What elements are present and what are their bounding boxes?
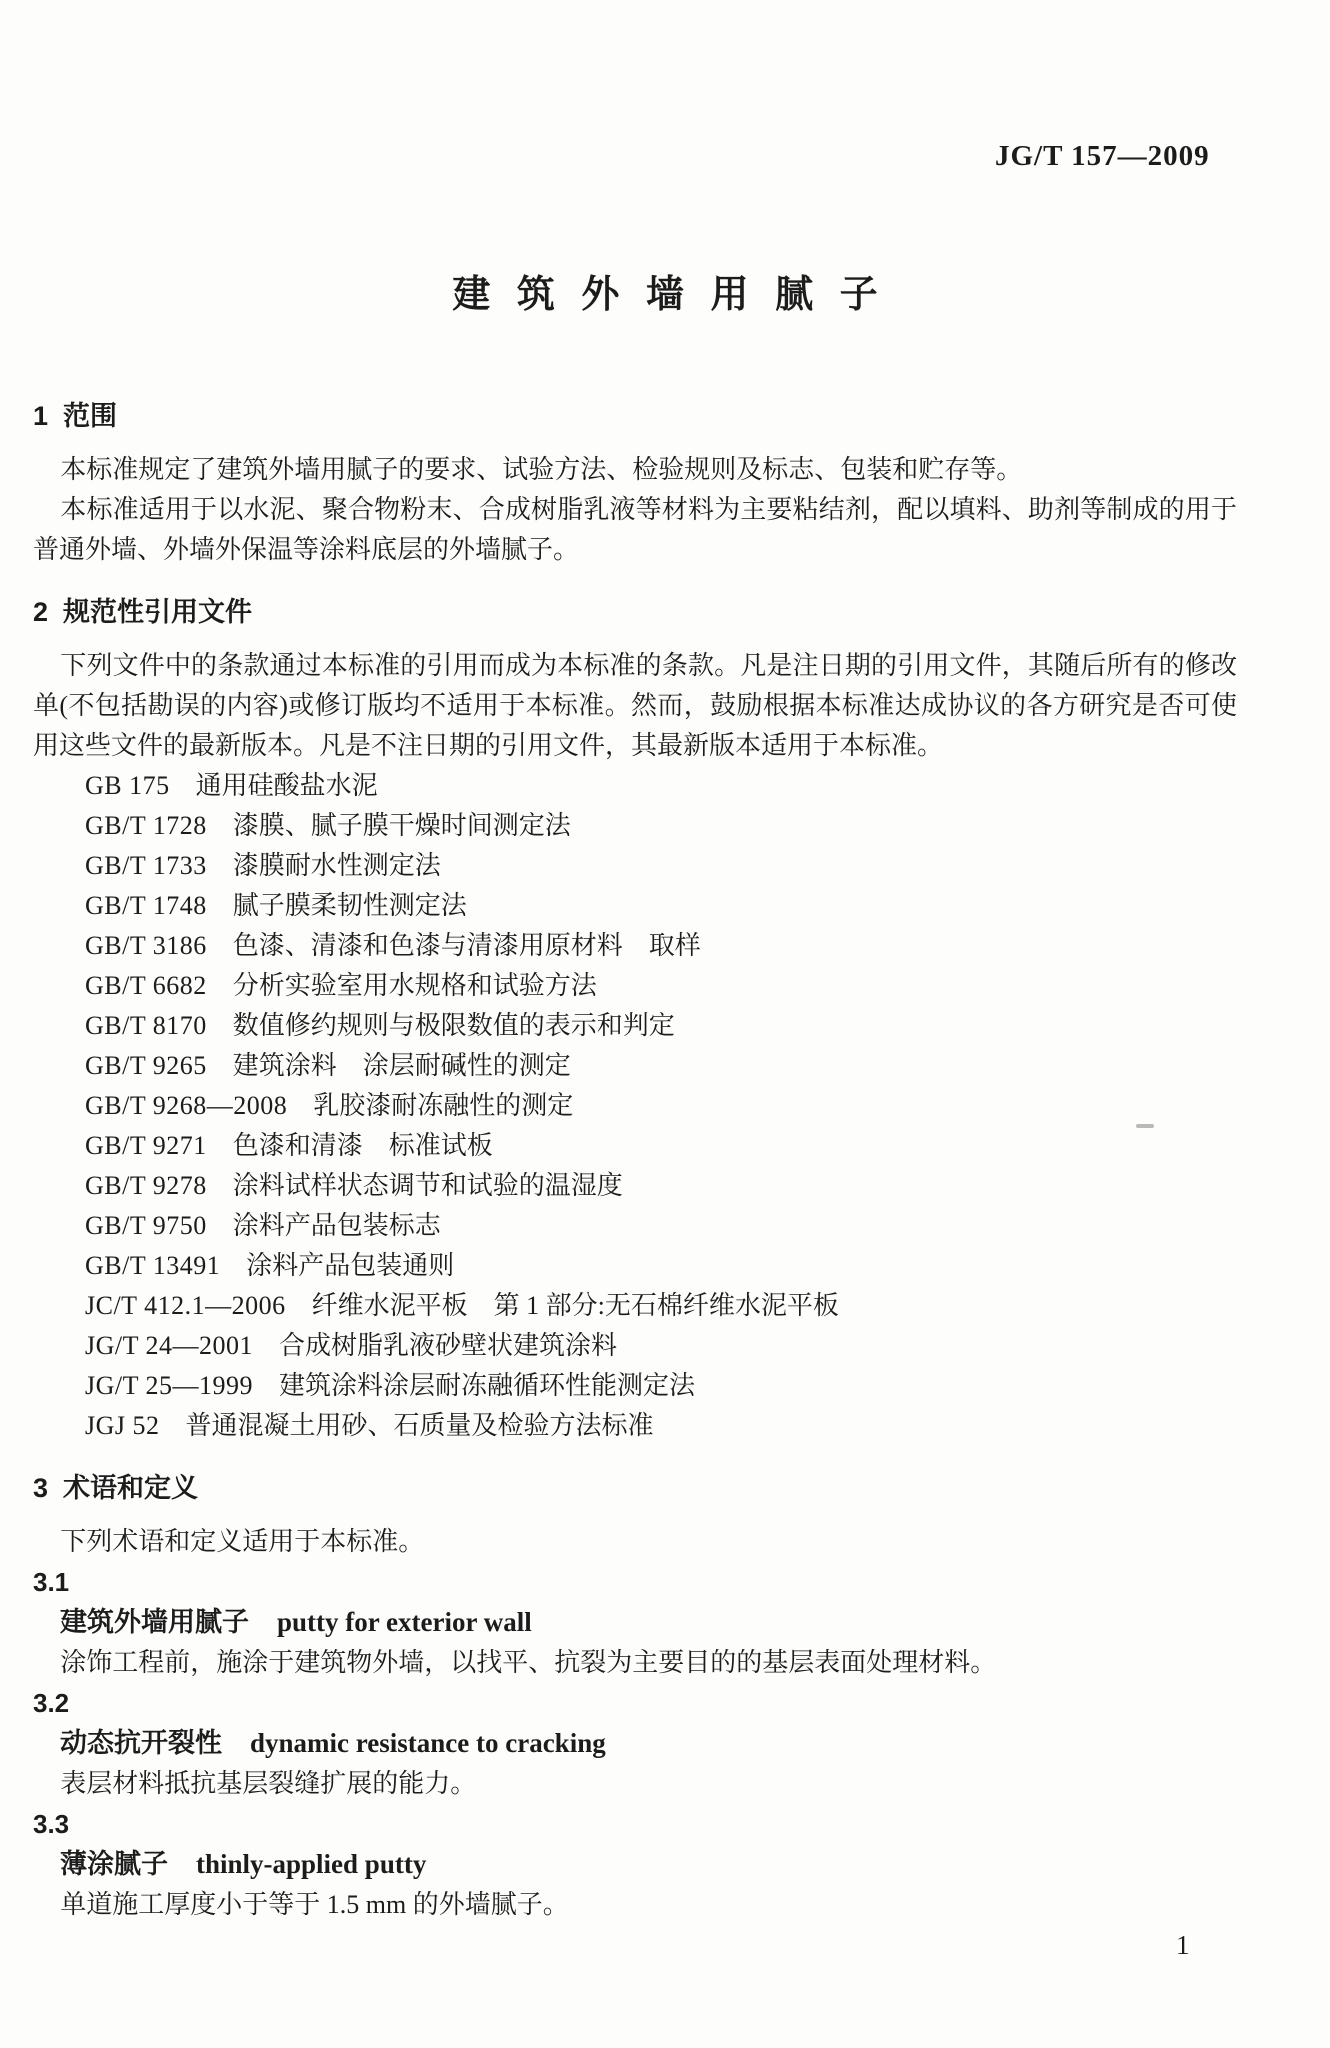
reference-code: JG/T 24—2001 <box>85 1331 253 1360</box>
reference-code: GB/T 9265 <box>85 1051 207 1080</box>
reference-title: 漆膜、腻子膜干燥时间测定法 <box>233 811 571 840</box>
reference-item: GB/T 9268—2008乳胶漆耐冻融性的测定 <box>33 1086 1237 1126</box>
reference-item: GB/T 9750涂料产品包装标志 <box>33 1206 1237 1246</box>
term-number-3-3: 3.3 <box>33 1804 1237 1844</box>
term-en: putty for exterior wall <box>277 1607 532 1637</box>
section-1-title: 范围 <box>63 401 117 431</box>
reference-item: GB/T 3186色漆、清漆和色漆与清漆用原材料 取样 <box>33 926 1237 966</box>
page-body: 1范围 本标准规定了建筑外墙用腻子的要求、试验方法、检验规则及标志、包装和贮存等… <box>33 396 1237 1925</box>
reference-item: JGJ 52普通混凝土用砂、石质量及检验方法标准 <box>33 1406 1237 1446</box>
section-2-number: 2 <box>33 597 48 627</box>
reference-code: JGJ 52 <box>85 1411 160 1440</box>
reference-item: GB/T 1748腻子膜柔韧性测定法 <box>33 886 1237 926</box>
reference-title: 腻子膜柔韧性测定法 <box>233 891 467 920</box>
reference-title: 色漆、清漆和色漆与清漆用原材料 取样 <box>233 931 701 960</box>
reference-item: GB/T 9265建筑涂料 涂层耐碱性的测定 <box>33 1046 1237 1086</box>
term-definition-3-1: 涂饰工程前，施涂于建筑物外墙，以找平、抗裂为主要目的的基层表面处理材料。 <box>33 1643 1237 1683</box>
term-heading-3-1: 建筑外墙用腻子putty for exterior wall <box>33 1602 1237 1643</box>
reference-title: 涂料试样状态调节和试验的温湿度 <box>233 1171 623 1200</box>
reference-code: GB/T 9268—2008 <box>85 1091 287 1120</box>
reference-item: GB/T 9271色漆和清漆 标准试板 <box>33 1126 1237 1166</box>
section-1-number: 1 <box>33 401 48 431</box>
document-page: JG/T 157—2009 建 筑 外 墙 用 腻 子 1范围 本标准规定了建筑… <box>0 0 1330 2048</box>
section-2-title: 规范性引用文件 <box>63 597 252 627</box>
section-3-number: 3 <box>33 1473 48 1503</box>
scan-artifact-mark <box>1136 1124 1154 1128</box>
reference-title: 纤维水泥平板 第 1 部分:无石棉纤维水泥平板 <box>312 1291 839 1320</box>
term-definition-3-2: 表层材料抵抗基层裂缝扩展的能力。 <box>33 1764 1237 1804</box>
reference-item: GB/T 1733漆膜耐水性测定法 <box>33 846 1237 886</box>
reference-title: 合成树脂乳液砂壁状建筑涂料 <box>279 1331 617 1360</box>
section-1-heading: 1范围 <box>33 396 1237 436</box>
section-1-paragraph: 本标准适用于以水泥、聚合物粉末、合成树脂乳液等材料为主要粘结剂，配以填料、助剂等… <box>33 490 1237 570</box>
reference-title: 涂料产品包装标志 <box>233 1211 441 1240</box>
reference-item: GB/T 1728漆膜、腻子膜干燥时间测定法 <box>33 806 1237 846</box>
reference-item: GB/T 13491涂料产品包装通则 <box>33 1246 1237 1286</box>
reference-title: 涂料产品包装通则 <box>246 1251 454 1280</box>
reference-item: GB/T 8170数值修约规则与极限数值的表示和判定 <box>33 1006 1237 1046</box>
reference-title: 普通混凝土用砂、石质量及检验方法标准 <box>186 1411 654 1440</box>
section-3-title: 术语和定义 <box>63 1473 198 1503</box>
reference-code: GB/T 9278 <box>85 1171 207 1200</box>
term-cn: 动态抗开裂性 <box>60 1728 222 1758</box>
reference-item: GB/T 6682分析实验室用水规格和试验方法 <box>33 966 1237 1006</box>
reference-title: 分析实验室用水规格和试验方法 <box>233 971 597 1000</box>
reference-item: JG/T 24—2001合成树脂乳液砂壁状建筑涂料 <box>33 1326 1237 1366</box>
term-number-3-2: 3.2 <box>33 1683 1237 1723</box>
reference-code: GB/T 1728 <box>85 811 207 840</box>
term-definition-3-3: 单道施工厚度小于等于 1.5 mm 的外墙腻子。 <box>33 1885 1237 1925</box>
reference-code: GB/T 3186 <box>85 931 207 960</box>
reference-item: GB 175通用硅酸盐水泥 <box>33 766 1237 806</box>
reference-code: JC/T 412.1—2006 <box>85 1291 286 1320</box>
term-number-3-1: 3.1 <box>33 1562 1237 1602</box>
reference-code: GB/T 9750 <box>85 1211 207 1240</box>
reference-code: GB 175 <box>85 771 170 800</box>
reference-title: 数值修约规则与极限数值的表示和判定 <box>233 1011 675 1040</box>
reference-code: JG/T 25—1999 <box>85 1371 253 1400</box>
reference-code: GB/T 6682 <box>85 971 207 1000</box>
reference-item: JC/T 412.1—2006纤维水泥平板 第 1 部分:无石棉纤维水泥平板 <box>33 1286 1237 1326</box>
reference-code: GB/T 1748 <box>85 891 207 920</box>
reference-title: 色漆和清漆 标准试板 <box>233 1131 493 1160</box>
document-title: 建 筑 外 墙 用 腻 子 <box>0 272 1330 318</box>
page-number: 1 <box>1176 1928 1190 1962</box>
reference-title: 通用硅酸盐水泥 <box>196 771 378 800</box>
term-cn: 建筑外墙用腻子 <box>60 1607 249 1637</box>
term-cn: 薄涂腻子 <box>60 1849 168 1879</box>
section-2-heading: 2规范性引用文件 <box>33 592 1237 632</box>
term-heading-3-2: 动态抗开裂性dynamic resistance to cracking <box>33 1723 1237 1764</box>
reference-title: 建筑涂料 涂层耐碱性的测定 <box>233 1051 571 1080</box>
reference-code: GB/T 13491 <box>85 1251 220 1280</box>
standard-code: JG/T 157—2009 <box>995 139 1210 173</box>
section-1-paragraph: 本标准规定了建筑外墙用腻子的要求、试验方法、检验规则及标志、包装和贮存等。 <box>33 450 1237 490</box>
section-3-heading: 3术语和定义 <box>33 1468 1237 1508</box>
reference-title: 乳胶漆耐冻融性的测定 <box>313 1091 573 1120</box>
term-heading-3-3: 薄涂腻子thinly-applied putty <box>33 1844 1237 1885</box>
section-3-intro: 下列术语和定义适用于本标准。 <box>33 1522 1237 1562</box>
reference-title: 建筑涂料涂层耐冻融循环性能测定法 <box>279 1371 695 1400</box>
reference-code: GB/T 9271 <box>85 1131 207 1160</box>
reference-item: JG/T 25—1999建筑涂料涂层耐冻融循环性能测定法 <box>33 1366 1237 1406</box>
section-2-intro: 下列文件中的条款通过本标准的引用而成为本标准的条款。凡是注日期的引用文件，其随后… <box>33 646 1237 766</box>
term-en: thinly-applied putty <box>196 1849 426 1879</box>
reference-code: GB/T 1733 <box>85 851 207 880</box>
reference-title: 漆膜耐水性测定法 <box>233 851 441 880</box>
term-en: dynamic resistance to cracking <box>250 1728 606 1758</box>
normative-references-list: GB 175通用硅酸盐水泥 GB/T 1728漆膜、腻子膜干燥时间测定法 GB/… <box>33 766 1237 1446</box>
reference-code: GB/T 8170 <box>85 1011 207 1040</box>
reference-item: GB/T 9278涂料试样状态调节和试验的温湿度 <box>33 1166 1237 1206</box>
